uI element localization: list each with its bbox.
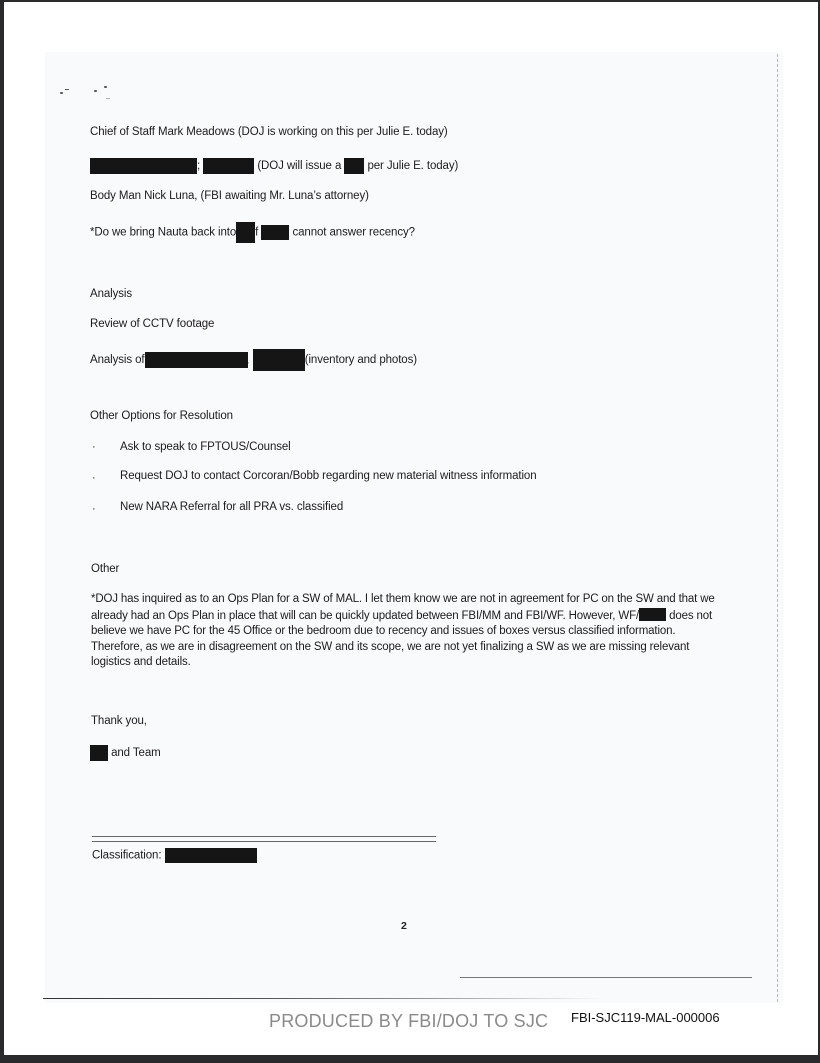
line-text: f bbox=[255, 227, 258, 239]
separator-text: , bbox=[248, 356, 250, 365]
nauta-question-line: *Do we bring Nauta back intof cannot ans… bbox=[90, 222, 415, 243]
scan-edge-line bbox=[777, 54, 778, 1002]
analysis-of-line: Analysis of, (inventory and photos) bbox=[90, 349, 417, 371]
document-page: Chief of Staff Mark Meadows (DOJ is work… bbox=[4, 2, 818, 1055]
scan-artifacts bbox=[60, 84, 120, 114]
redaction-box bbox=[90, 745, 108, 761]
scan-line bbox=[460, 977, 752, 978]
analysis-heading: Analysis bbox=[90, 288, 132, 300]
bullet-icon: · bbox=[92, 503, 96, 515]
bullet-icon: · bbox=[92, 472, 96, 484]
other-heading: Other bbox=[91, 563, 119, 575]
bates-number: FBI-SJC119-MAL-000006 bbox=[571, 1010, 720, 1025]
line-text: Analysis of bbox=[90, 354, 145, 366]
list-item: Request DOJ to contact Corcoran/Bobb reg… bbox=[120, 470, 537, 482]
redaction-box bbox=[145, 352, 248, 368]
list-item: New NARA Referral for all PRA vs. classi… bbox=[120, 501, 343, 513]
redaction-box bbox=[639, 608, 666, 621]
separator-text: ; bbox=[197, 160, 200, 172]
redaction-box bbox=[344, 158, 364, 174]
line-text: (inventory and photos) bbox=[305, 354, 417, 366]
line-text: (DOJ will issue a bbox=[254, 160, 344, 172]
redaction-box bbox=[261, 225, 289, 240]
line-text: and Team bbox=[108, 747, 161, 759]
classification-label: Classification: bbox=[92, 850, 161, 862]
other-paragraph: *DOJ has inquired as to an Ops Plan for … bbox=[91, 592, 721, 671]
options-heading: Other Options for Resolution bbox=[90, 410, 233, 422]
thank-you-text: Thank you, bbox=[91, 715, 147, 727]
line-text: per Julie E. today) bbox=[364, 160, 458, 172]
redacted-line-doj-issue: ; (DOJ will issue a per Julie E. today) bbox=[90, 158, 458, 174]
bullet-icon: · bbox=[92, 441, 96, 453]
signature-line: and Team bbox=[90, 745, 161, 761]
scan-line bbox=[43, 998, 603, 999]
body-man-line: Body Man Nick Luna, (FBI awaiting Mr. Lu… bbox=[90, 190, 369, 202]
produced-by-stamp: PRODUCED BY FBI/DOJ TO SJC bbox=[269, 1011, 548, 1032]
redaction-box bbox=[165, 848, 257, 863]
redaction-box bbox=[253, 349, 305, 371]
page-number: 2 bbox=[401, 920, 407, 932]
redaction-box bbox=[236, 222, 255, 243]
separator-line bbox=[92, 836, 436, 842]
line-text: cannot answer recency? bbox=[289, 227, 415, 239]
redaction-box bbox=[90, 158, 197, 174]
list-item: Ask to speak to FPTOUS/Counsel bbox=[120, 441, 291, 453]
redaction-box bbox=[203, 158, 254, 174]
chief-of-staff-line: Chief of Staff Mark Meadows (DOJ is work… bbox=[90, 126, 448, 138]
cctv-review-line: Review of CCTV footage bbox=[90, 318, 214, 330]
line-text: *Do we bring Nauta back into bbox=[90, 227, 236, 239]
paragraph-text: *DOJ has inquired as to an Ops Plan for … bbox=[91, 593, 715, 622]
classification-line: Classification: bbox=[92, 848, 257, 863]
